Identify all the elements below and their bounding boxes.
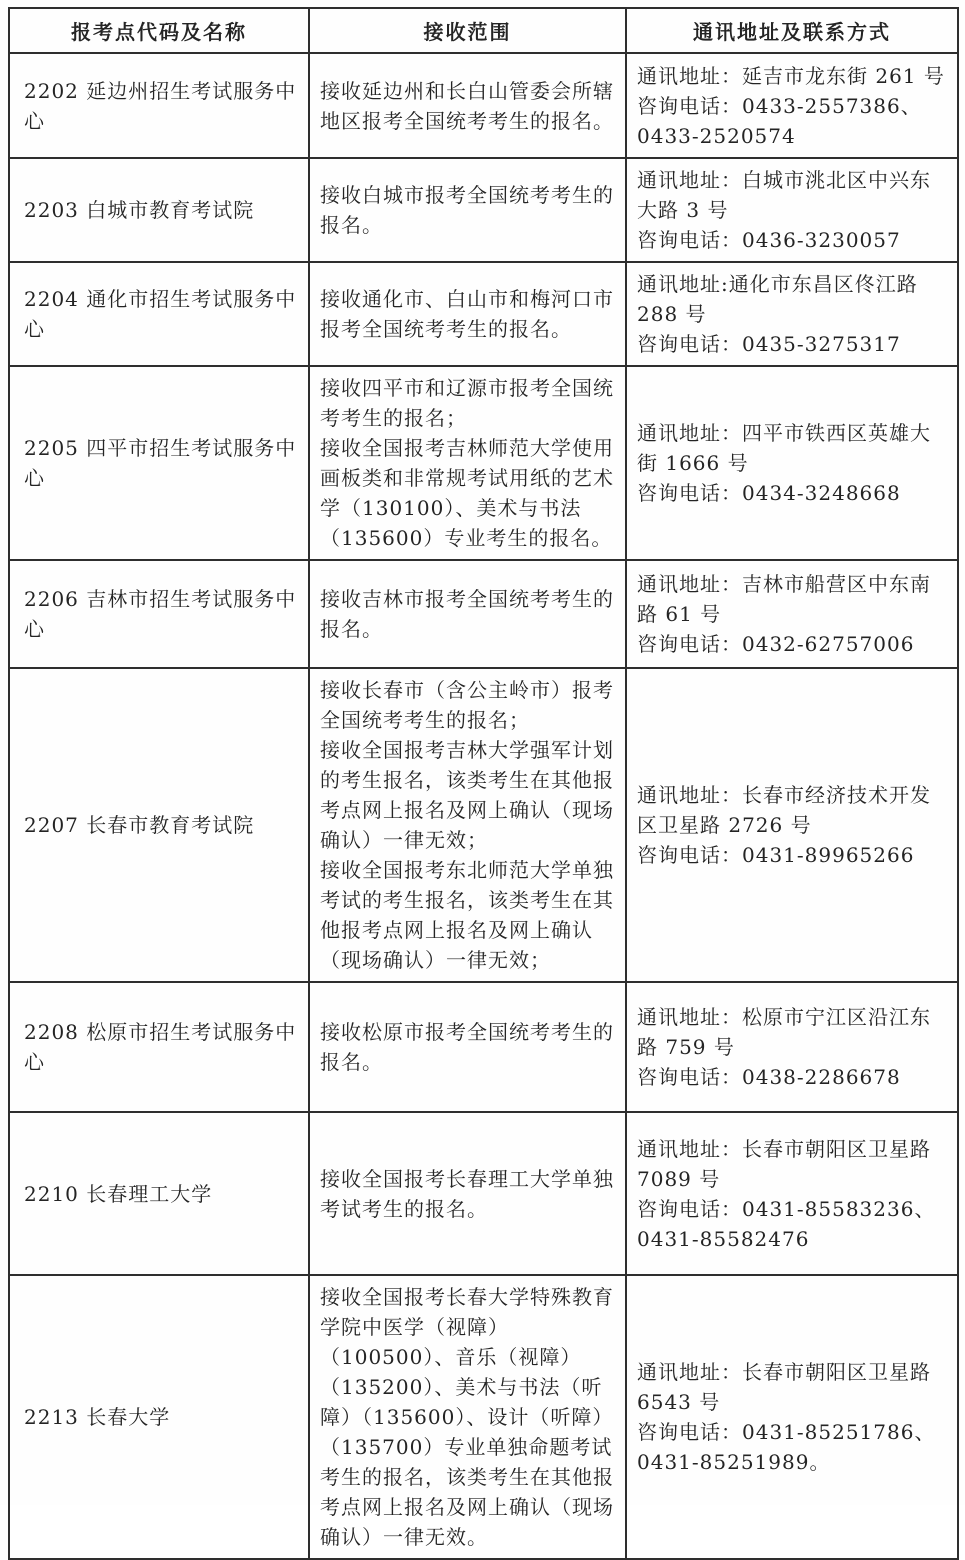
code-name-cell: 2206 吉林市招生考试服务中心 bbox=[9, 560, 309, 668]
table-row-2208: 2208 松原市招生考试服务中心 接收松原市报考全国统考考生的报名。 通讯地址：… bbox=[9, 982, 958, 1112]
contact-cell: 通讯地址：长春市经济技术开发区卫星路 2726 号 咨询电话：0431-8996… bbox=[626, 668, 958, 982]
scope-cell: 接收长春市（含公主岭市）报考全国统考考生的报名； 接收全国报考吉林大学强军计划的… bbox=[309, 668, 626, 982]
document-page: 报考点代码及名称 接收范围 通讯地址及联系方式 2202 延边州招生考试服务中心… bbox=[0, 0, 965, 1505]
code-name-cell: 2202 延边州招生考试服务中心 bbox=[9, 53, 309, 158]
code-name-cell: 2205 四平市招生考试服务中心 bbox=[9, 366, 309, 560]
code-name-cell: 2207 长春市教育考试院 bbox=[9, 668, 309, 982]
table-row-2203: 2203 白城市教育考试院 接收白城市报考全国统考考生的报名。 通讯地址：白城市… bbox=[9, 158, 958, 262]
contact-cell: 通讯地址:通化市东昌区佟江路 288 号 咨询电话：0435-3275317 bbox=[626, 262, 958, 366]
contact-cell: 通讯地址：延吉市龙东街 261 号 咨询电话：0433-2557386、0433… bbox=[626, 53, 958, 158]
registration-points-table: 报考点代码及名称 接收范围 通讯地址及联系方式 2202 延边州招生考试服务中心… bbox=[8, 7, 959, 1560]
scope-cell: 接收全国报考长春大学特殊教育学院中医学（视障）（100500）、音乐（视障）（1… bbox=[309, 1275, 626, 1559]
table-row-2210: 2210 长春理工大学 接收全国报考长春理工大学单独考试考生的报名。 通讯地址：… bbox=[9, 1112, 958, 1275]
scope-cell: 接收吉林市报考全国统考考生的报名。 bbox=[309, 560, 626, 668]
contact-cell: 通讯地址：长春市朝阳区卫星路 6543 号 咨询电话：0431-85251786… bbox=[626, 1275, 958, 1559]
code-name-cell: 2208 松原市招生考试服务中心 bbox=[9, 982, 309, 1112]
header-contact: 通讯地址及联系方式 bbox=[626, 8, 958, 53]
contact-cell: 通讯地址：松原市宁江区沿江东路 759 号 咨询电话：0438-2286678 bbox=[626, 982, 958, 1112]
table-row-2204: 2204 通化市招生考试服务中心 接收通化市、白山市和梅河口市报考全国统考考生的… bbox=[9, 262, 958, 366]
header-code-name: 报考点代码及名称 bbox=[9, 8, 309, 53]
code-name-cell: 2213 长春大学 bbox=[9, 1275, 309, 1559]
table-row-2202: 2202 延边州招生考试服务中心 接收延边州和长白山管委会所辖地区报考全国统考考… bbox=[9, 53, 958, 158]
header-scope: 接收范围 bbox=[309, 8, 626, 53]
scope-cell: 接收四平市和辽源市报考全国统考考生的报名； 接收全国报考吉林师范大学使用画板类和… bbox=[309, 366, 626, 560]
code-name-cell: 2210 长春理工大学 bbox=[9, 1112, 309, 1275]
table-row-2205: 2205 四平市招生考试服务中心 接收四平市和辽源市报考全国统考考生的报名； 接… bbox=[9, 366, 958, 560]
scope-cell: 接收白城市报考全国统考考生的报名。 bbox=[309, 158, 626, 262]
code-name-cell: 2203 白城市教育考试院 bbox=[9, 158, 309, 262]
scope-cell: 接收松原市报考全国统考考生的报名。 bbox=[309, 982, 626, 1112]
code-name-cell: 2204 通化市招生考试服务中心 bbox=[9, 262, 309, 366]
contact-cell: 通讯地址：长春市朝阳区卫星路 7089 号 咨询电话：0431-85583236… bbox=[626, 1112, 958, 1275]
contact-cell: 通讯地址：白城市洮北区中兴东大路 3 号 咨询电话：0436-3230057 bbox=[626, 158, 958, 262]
table-row-2207: 2207 长春市教育考试院 接收长春市（含公主岭市）报考全国统考考生的报名； 接… bbox=[9, 668, 958, 982]
table-header-row: 报考点代码及名称 接收范围 通讯地址及联系方式 bbox=[9, 8, 958, 53]
table-row-2206: 2206 吉林市招生考试服务中心 接收吉林市报考全国统考考生的报名。 通讯地址：… bbox=[9, 560, 958, 668]
contact-cell: 通讯地址：四平市铁西区英雄大街 1666 号 咨询电话：0434-3248668 bbox=[626, 366, 958, 560]
table-row-2213: 2213 长春大学 接收全国报考长春大学特殊教育学院中医学（视障）（100500… bbox=[9, 1275, 958, 1559]
scope-cell: 接收全国报考长春理工大学单独考试考生的报名。 bbox=[309, 1112, 626, 1275]
scope-cell: 接收延边州和长白山管委会所辖地区报考全国统考考生的报名。 bbox=[309, 53, 626, 158]
contact-cell: 通讯地址：吉林市船营区中东南路 61 号 咨询电话：0432-62757006 bbox=[626, 560, 958, 668]
scope-cell: 接收通化市、白山市和梅河口市报考全国统考考生的报名。 bbox=[309, 262, 626, 366]
